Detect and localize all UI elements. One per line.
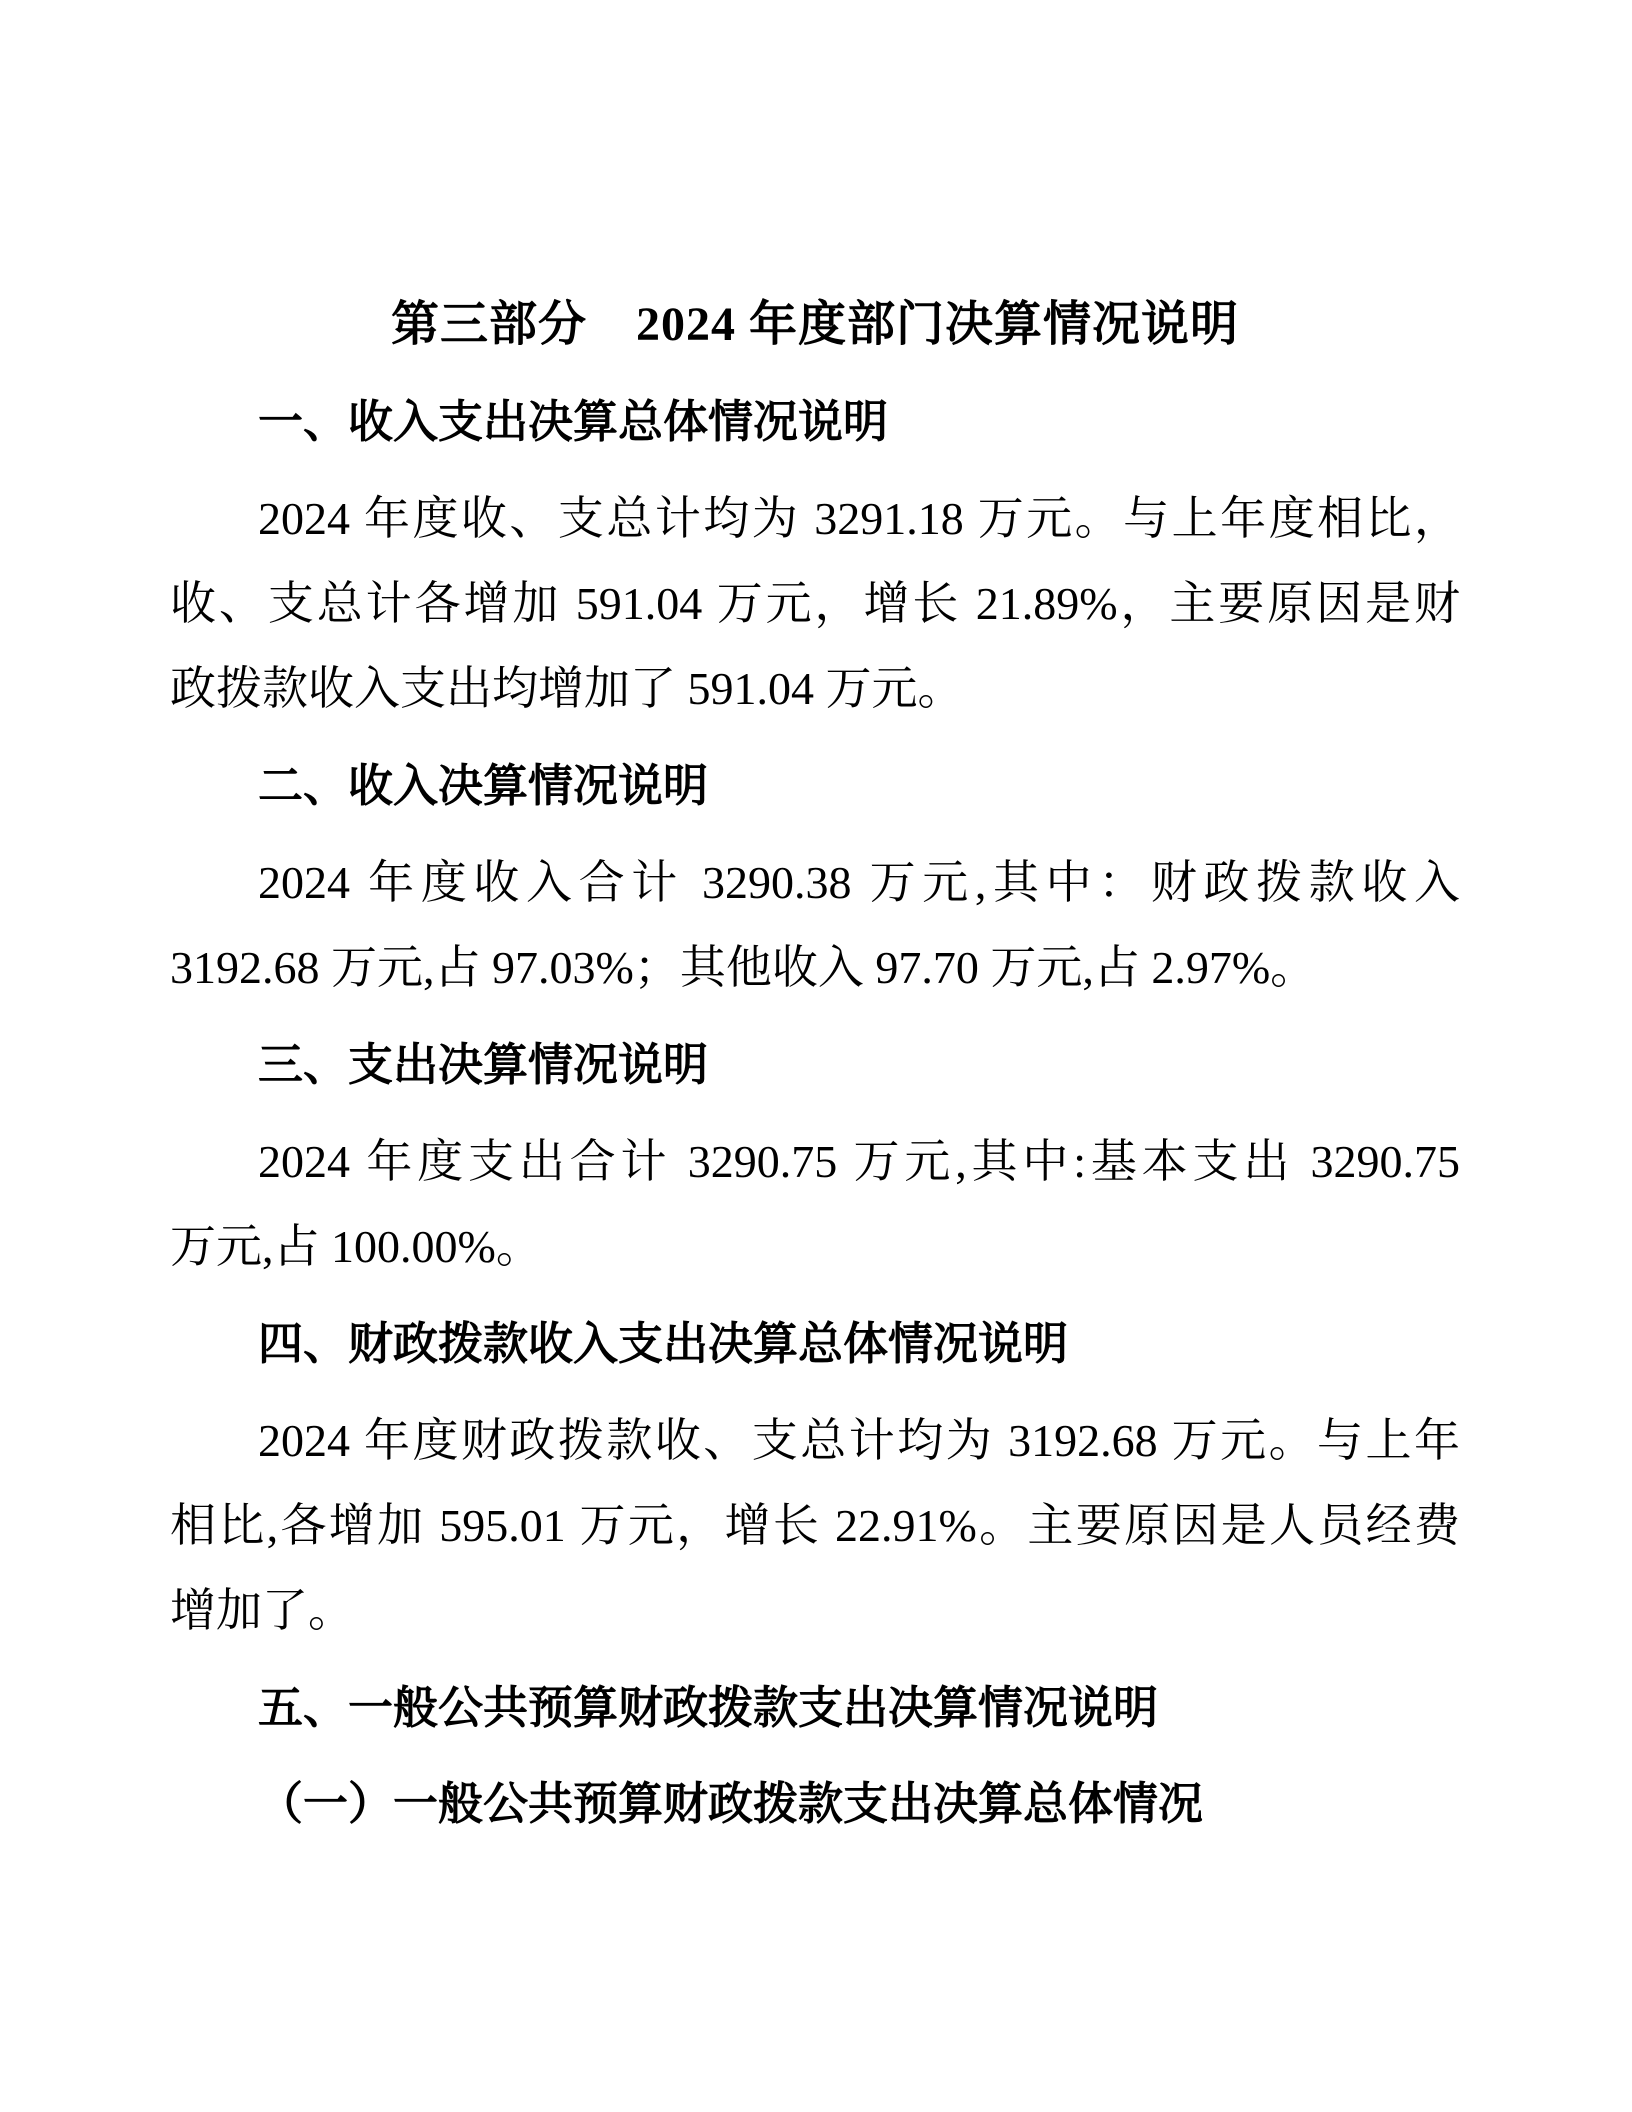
section-3-paragraph-line: 万元,占 100.00%。 (170, 1204, 1460, 1289)
section-3-heading: 三、支出决算情况说明 (170, 1022, 1460, 1107)
section-2-paragraph-line: 3192.68 万元,占 97.03%；其他收入 97.70 万元,占 2.97… (170, 925, 1460, 1010)
section-4-paragraph-line: 2024 年度财政拨款收、支总计均为 3192.68 万元。与上年 (170, 1398, 1460, 1483)
section-4-paragraph-line: 增加了。 (170, 1568, 1460, 1653)
section-2-heading: 二、收入决算情况说明 (170, 743, 1460, 828)
document-title: 第三部分 2024 年度部门决算情况说明 (170, 282, 1460, 367)
section-4-paragraph-line: 相比,各增加 595.01 万元，增长 22.91%。主要原因是人员经费 (170, 1483, 1460, 1568)
section-1-paragraph-line: 收、支总计各增加 591.04 万元，增长 21.89%，主要原因是财 (170, 561, 1460, 646)
section-5-subheading: （一）一般公共预算财政拨款支出决算总体情况 (170, 1762, 1460, 1847)
document-page: 第三部分 2024 年度部门决算情况说明 一、收入支出决算总体情况说明 2024… (0, 0, 1632, 2112)
section-5-heading: 五、一般公共预算财政拨款支出决算情况说明 (170, 1665, 1460, 1750)
section-1-heading: 一、收入支出决算总体情况说明 (170, 379, 1460, 464)
section-1-paragraph-line: 政拨款收入支出均增加了 591.04 万元。 (170, 646, 1460, 731)
section-2-paragraph-line: 2024 年度收入合计 3290.38 万元,其中：财政拨款收入 (170, 840, 1460, 925)
section-4-heading: 四、财政拨款收入支出决算总体情况说明 (170, 1301, 1460, 1386)
section-1-paragraph-line: 2024 年度收、支总计均为 3291.18 万元。与上年度相比， (170, 476, 1460, 561)
section-3-paragraph-line: 2024 年度支出合计 3290.75 万元,其中:基本支出 3290.75 (170, 1119, 1460, 1204)
